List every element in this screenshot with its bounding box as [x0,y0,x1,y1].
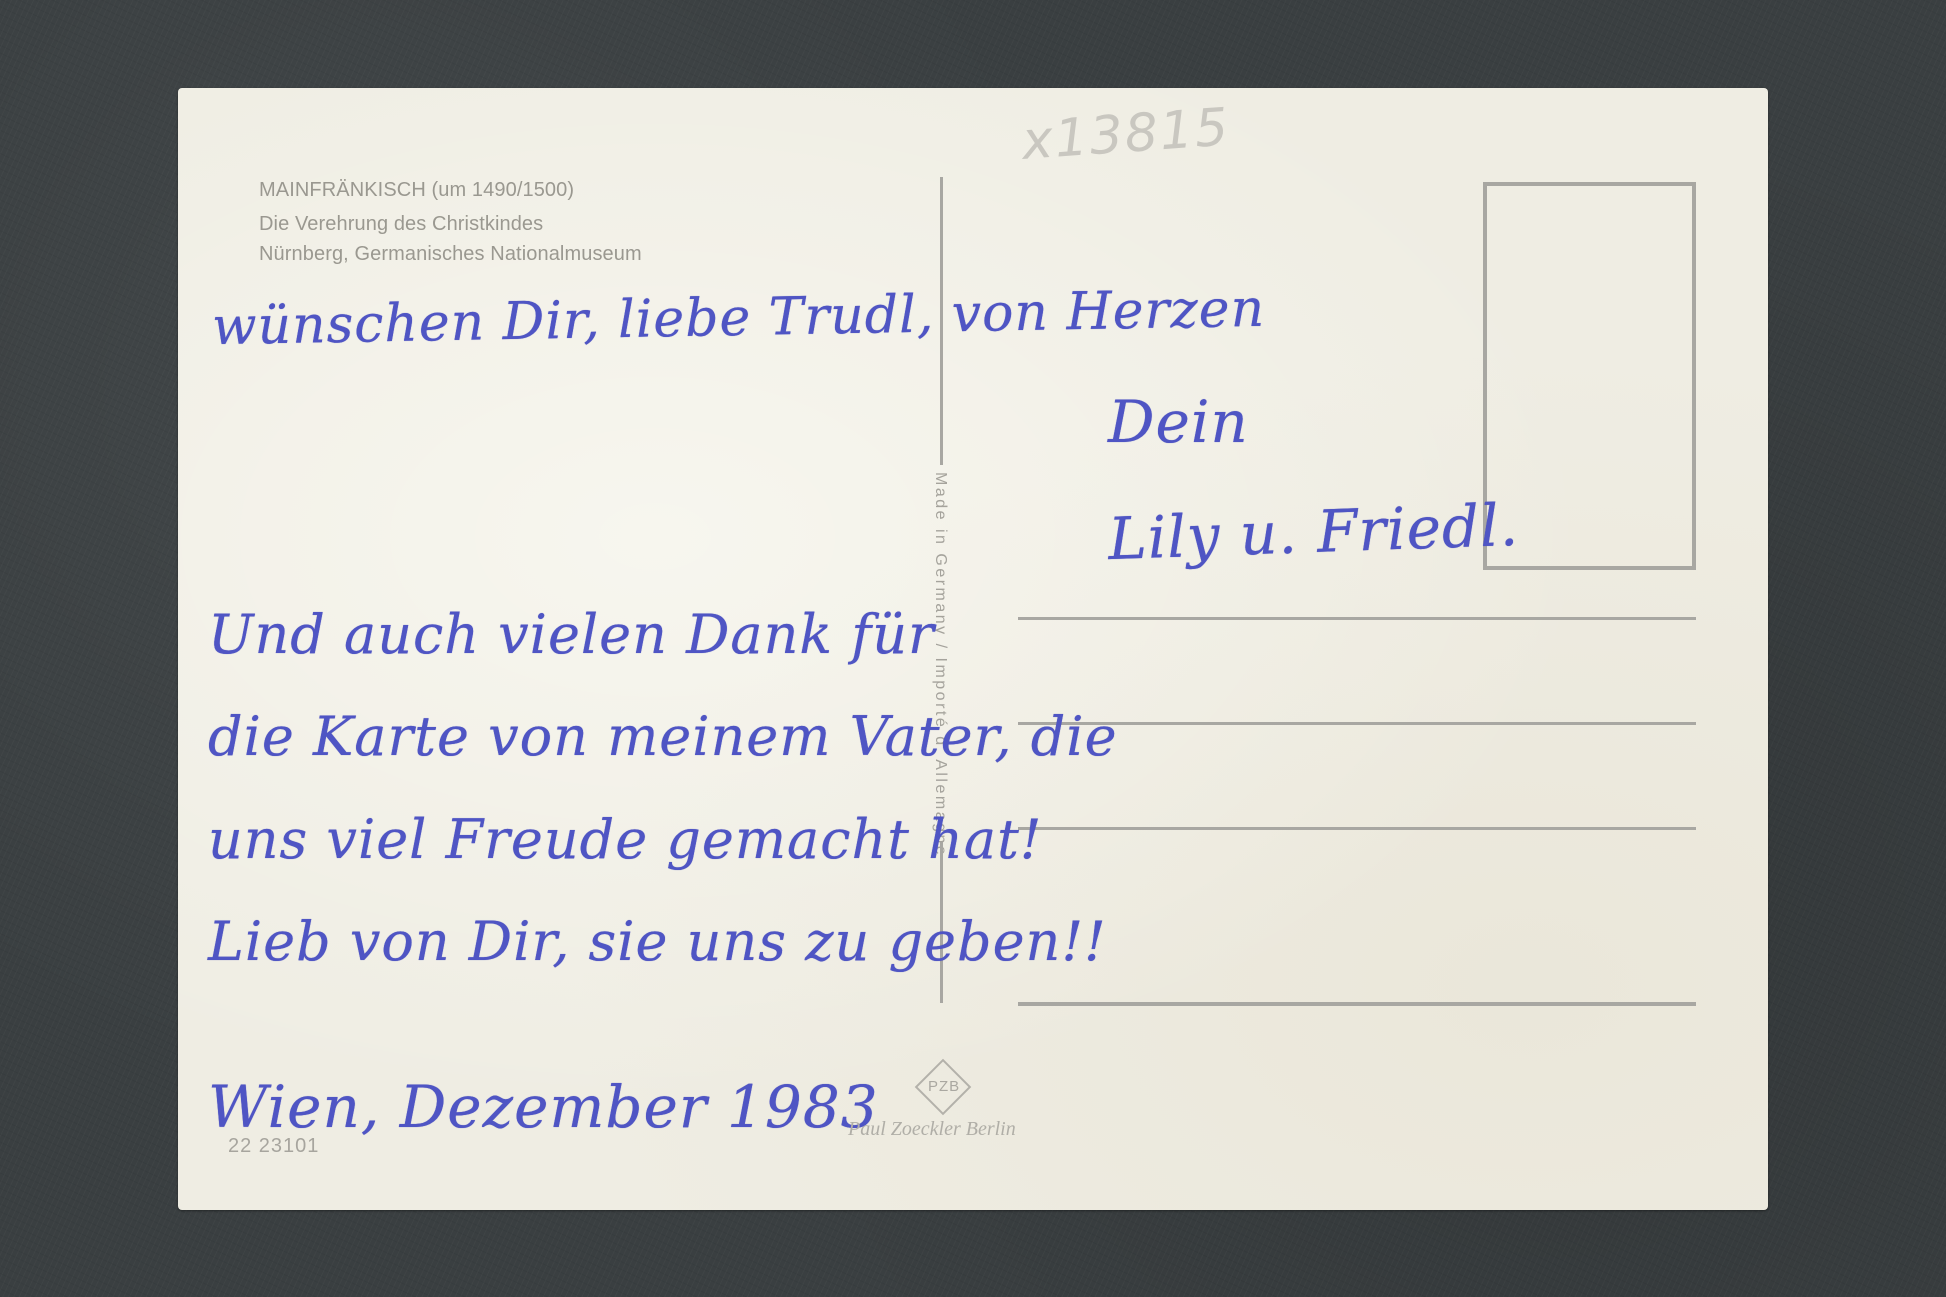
publisher-logo-text: PZB [928,1078,960,1095]
handwritten-dein: Dein [1108,388,1249,456]
address-line-2 [1018,722,1696,725]
pencil-inventory-number: x13815 [1020,97,1232,171]
handwritten-signature: Lily u. Friedl. [1107,491,1520,573]
handwritten-greeting: wünschen Dir, liebe Trudl, von Herzen [212,279,1266,357]
address-line-4 [1018,1002,1696,1006]
handwritten-body-line-2: die Karte von meinem Vater, die [208,705,1118,768]
handwritten-place-date: Wien, Dezember 1983 [208,1073,879,1141]
handwritten-body-line-1: Und auch vielen Dank für [208,603,935,666]
postcard-back: MAINFRÄNKISCH (um 1490/1500) Die Verehru… [178,88,1768,1210]
handwritten-body-line-3: uns viel Freude gemacht hat! [208,808,1043,871]
address-line-1 [1018,617,1696,620]
print-code: 22 23101 [228,1135,319,1158]
caption-artist-date: MAINFRÄNKISCH (um 1490/1500) [259,173,574,207]
publisher-name: Paul Zoeckler Berlin [848,1118,1016,1141]
address-line-3 [1018,827,1696,830]
caption-location: Nürnberg, Germanisches Nationalmuseum [259,237,642,271]
handwritten-body-line-4: Lieb von Dir, sie uns zu geben!! [208,910,1107,973]
caption-title: Die Verehrung des Christkindes [259,207,543,241]
